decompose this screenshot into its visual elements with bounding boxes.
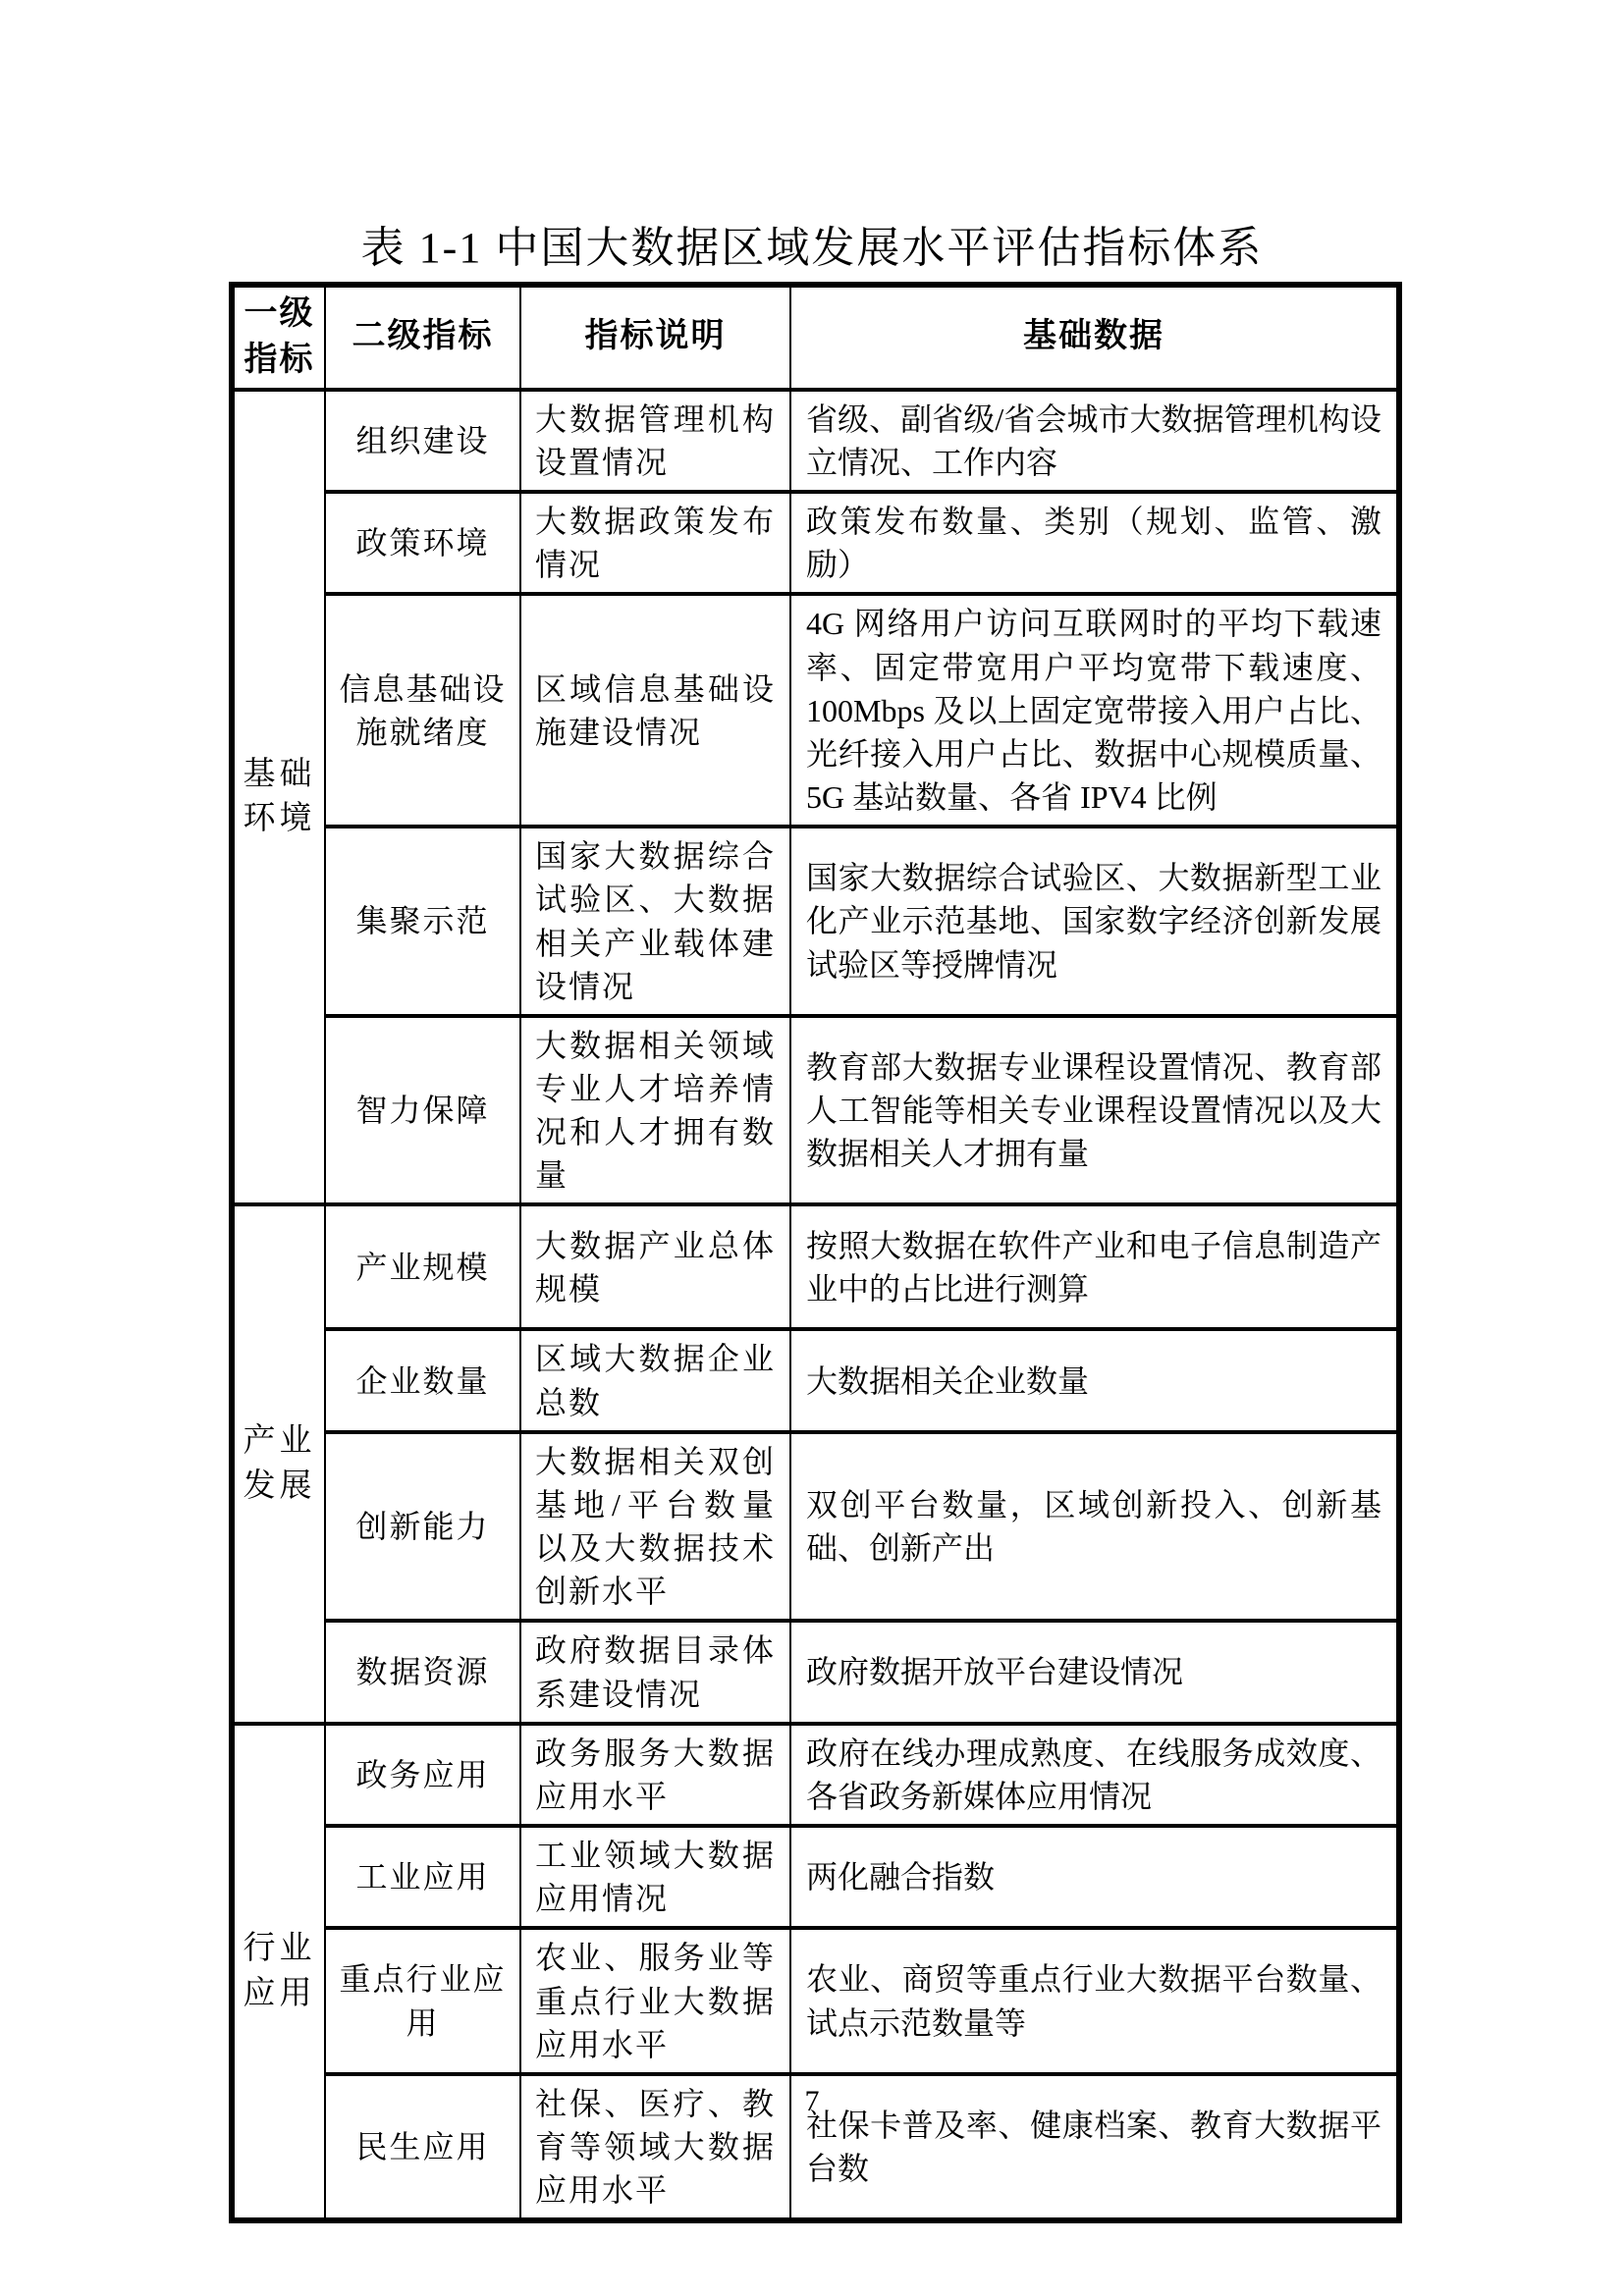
description-cell: 大数据相关双创基地/平台数量以及大数据技术创新水平 (520, 1432, 790, 1622)
secondary-indicator-cell: 创新能力 (325, 1432, 520, 1622)
secondary-indicator-cell: 工业应用 (325, 1826, 520, 1928)
base-data-cell: 教育部大数据专业课程设置情况、教育部人工智能等相关专业课程设置情况以及大数据相关… (790, 1016, 1399, 1205)
header-secondary-indicator: 二级指标 (325, 285, 520, 390)
secondary-indicator-cell: 重点行业应用 (325, 1928, 520, 2073)
header-base-data: 基础数据 (790, 285, 1399, 390)
secondary-indicator-cell: 数据资源 (325, 1621, 520, 1723)
base-data-cell: 按照大数据在软件产业和电子信息制造产业中的占比进行测算 (790, 1204, 1399, 1329)
table-row: 集聚示范 国家大数据综合试验区、大数据相关产业载体建设情况 国家大数据综合试验区… (232, 827, 1399, 1016)
primary-indicator-cell: 基础环境 (232, 390, 325, 1205)
page-number: 7 (0, 2085, 1624, 2118)
table-row: 数据资源 政府数据目录体系建设情况 政府数据开放平台建设情况 (232, 1621, 1399, 1723)
secondary-indicator-cell: 信息基础设施就绪度 (325, 594, 520, 827)
page-title: 表 1-1 中国大数据区域发展水平评估指标体系 (0, 212, 1624, 275)
base-data-cell: 两化融合指数 (790, 1826, 1399, 1928)
primary-indicator-cell: 产业发展 (232, 1204, 325, 1723)
secondary-indicator-cell: 产业规模 (325, 1204, 520, 1329)
base-data-cell: 大数据相关企业数量 (790, 1329, 1399, 1431)
base-data-cell: 4G 网络用户访问互联网时的平均下载速率、固定带宽用户平均宽带下载速度、100M… (790, 594, 1399, 827)
header-indicator-description: 指标说明 (520, 285, 790, 390)
description-cell: 国家大数据综合试验区、大数据相关产业载体建设情况 (520, 827, 790, 1016)
table-row: 信息基础设施就绪度 区域信息基础设施建设情况 4G 网络用户访问互联网时的平均下… (232, 594, 1399, 827)
table-row: 行业应用 政务应用 政务服务大数据应用水平 政府在线办理成熟度、在线服务成效度、… (232, 1724, 1399, 1826)
description-cell: 大数据政策发布情况 (520, 492, 790, 594)
secondary-indicator-cell: 组织建设 (325, 390, 520, 492)
primary-indicator-cell: 行业应用 (232, 1724, 325, 2221)
description-cell: 区域大数据企业总数 (520, 1329, 790, 1431)
table-row: 政策环境 大数据政策发布情况 政策发布数量、类别（规划、监管、激励） (232, 492, 1399, 594)
indicator-table: 一级指标 二级指标 指标说明 基础数据 基础环境 组织建设 大数据管理机构设置情… (229, 282, 1402, 2223)
base-data-cell: 双创平台数量，区域创新投入、创新基础、创新产出 (790, 1432, 1399, 1622)
description-cell: 工业领域大数据应用情况 (520, 1826, 790, 1928)
description-cell: 政府数据目录体系建设情况 (520, 1621, 790, 1723)
base-data-cell: 农业、商贸等重点行业大数据平台数量、试点示范数量等 (790, 1928, 1399, 2073)
base-data-cell: 政府数据开放平台建设情况 (790, 1621, 1399, 1723)
description-cell: 农业、服务业等重点行业大数据应用水平 (520, 1928, 790, 2073)
header-primary-indicator: 一级指标 (232, 285, 325, 390)
table-row: 基础环境 组织建设 大数据管理机构设置情况 省级、副省级/省会城市大数据管理机构… (232, 390, 1399, 492)
description-cell: 大数据相关领域专业人才培养情况和人才拥有数量 (520, 1016, 790, 1205)
base-data-cell: 省级、副省级/省会城市大数据管理机构设立情况、工作内容 (790, 390, 1399, 492)
secondary-indicator-cell: 政策环境 (325, 492, 520, 594)
secondary-indicator-cell: 政务应用 (325, 1724, 520, 1826)
base-data-cell: 政府在线办理成熟度、在线服务成效度、各省政务新媒体应用情况 (790, 1724, 1399, 1826)
secondary-indicator-cell: 智力保障 (325, 1016, 520, 1205)
table-row: 企业数量 区域大数据企业总数 大数据相关企业数量 (232, 1329, 1399, 1431)
document-page: 表 1-1 中国大数据区域发展水平评估指标体系 一级指标 二级指标 指标说明 基… (0, 0, 1624, 2296)
description-cell: 政务服务大数据应用水平 (520, 1724, 790, 1826)
table-row: 智力保障 大数据相关领域专业人才培养情况和人才拥有数量 教育部大数据专业课程设置… (232, 1016, 1399, 1205)
table-row: 工业应用 工业领域大数据应用情况 两化融合指数 (232, 1826, 1399, 1928)
base-data-cell: 国家大数据综合试验区、大数据新型工业化产业示范基地、国家数字经济创新发展试验区等… (790, 827, 1399, 1016)
table-row: 创新能力 大数据相关双创基地/平台数量以及大数据技术创新水平 双创平台数量，区域… (232, 1432, 1399, 1622)
description-cell: 区域信息基础设施建设情况 (520, 594, 790, 827)
secondary-indicator-cell: 集聚示范 (325, 827, 520, 1016)
base-data-cell: 政策发布数量、类别（规划、监管、激励） (790, 492, 1399, 594)
description-cell: 大数据产业总体规模 (520, 1204, 790, 1329)
table-row: 重点行业应用 农业、服务业等重点行业大数据应用水平 农业、商贸等重点行业大数据平… (232, 1928, 1399, 2073)
description-cell: 大数据管理机构设置情况 (520, 390, 790, 492)
table-header-row: 一级指标 二级指标 指标说明 基础数据 (232, 285, 1399, 390)
table-row: 产业发展 产业规模 大数据产业总体规模 按照大数据在软件产业和电子信息制造产业中… (232, 1204, 1399, 1329)
secondary-indicator-cell: 企业数量 (325, 1329, 520, 1431)
